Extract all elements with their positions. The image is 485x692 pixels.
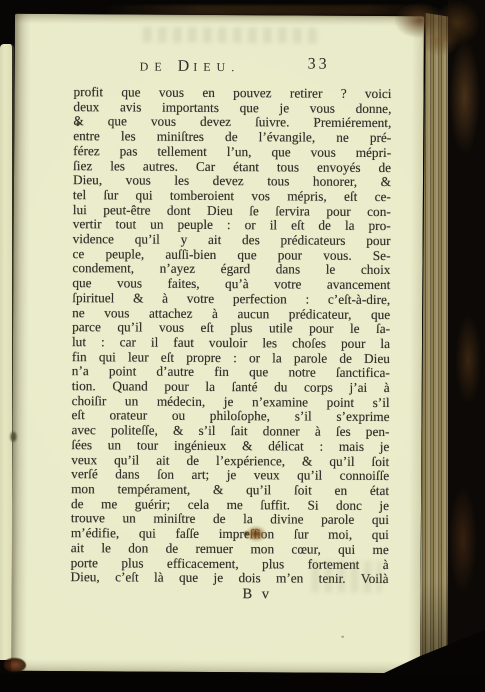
book-page: DEDIEU. 33 profit que vous en pouvez ret… xyxy=(11,14,424,673)
page-number: 33 xyxy=(308,56,330,74)
running-title-initial: D xyxy=(178,58,194,75)
page-edge-nick xyxy=(10,432,16,442)
ink-stain-core xyxy=(243,530,250,537)
signature-mark: B v xyxy=(242,586,272,603)
leather-chip xyxy=(4,658,26,672)
paper-speck xyxy=(76,122,79,126)
body-text: profit que vous en pouvez retirer ? voic… xyxy=(71,85,392,587)
paper-speck xyxy=(341,636,344,638)
book-cover-edge xyxy=(448,0,485,692)
top-shadow-streak xyxy=(100,5,435,15)
fore-edge-shading xyxy=(420,13,451,674)
torn-leather-debris xyxy=(392,0,485,58)
paper-speck xyxy=(214,183,216,185)
show-through-smudge xyxy=(311,561,381,593)
running-title: DEDIEU. xyxy=(140,58,241,77)
bottom-black-band xyxy=(0,674,485,692)
book-photo: DEDIEU. 33 profit que vous en pouvez ret… xyxy=(0,0,485,692)
running-title-rest: IEU. xyxy=(193,60,240,74)
show-through-smudge xyxy=(143,27,318,44)
running-title-word-de: DE xyxy=(140,60,168,74)
